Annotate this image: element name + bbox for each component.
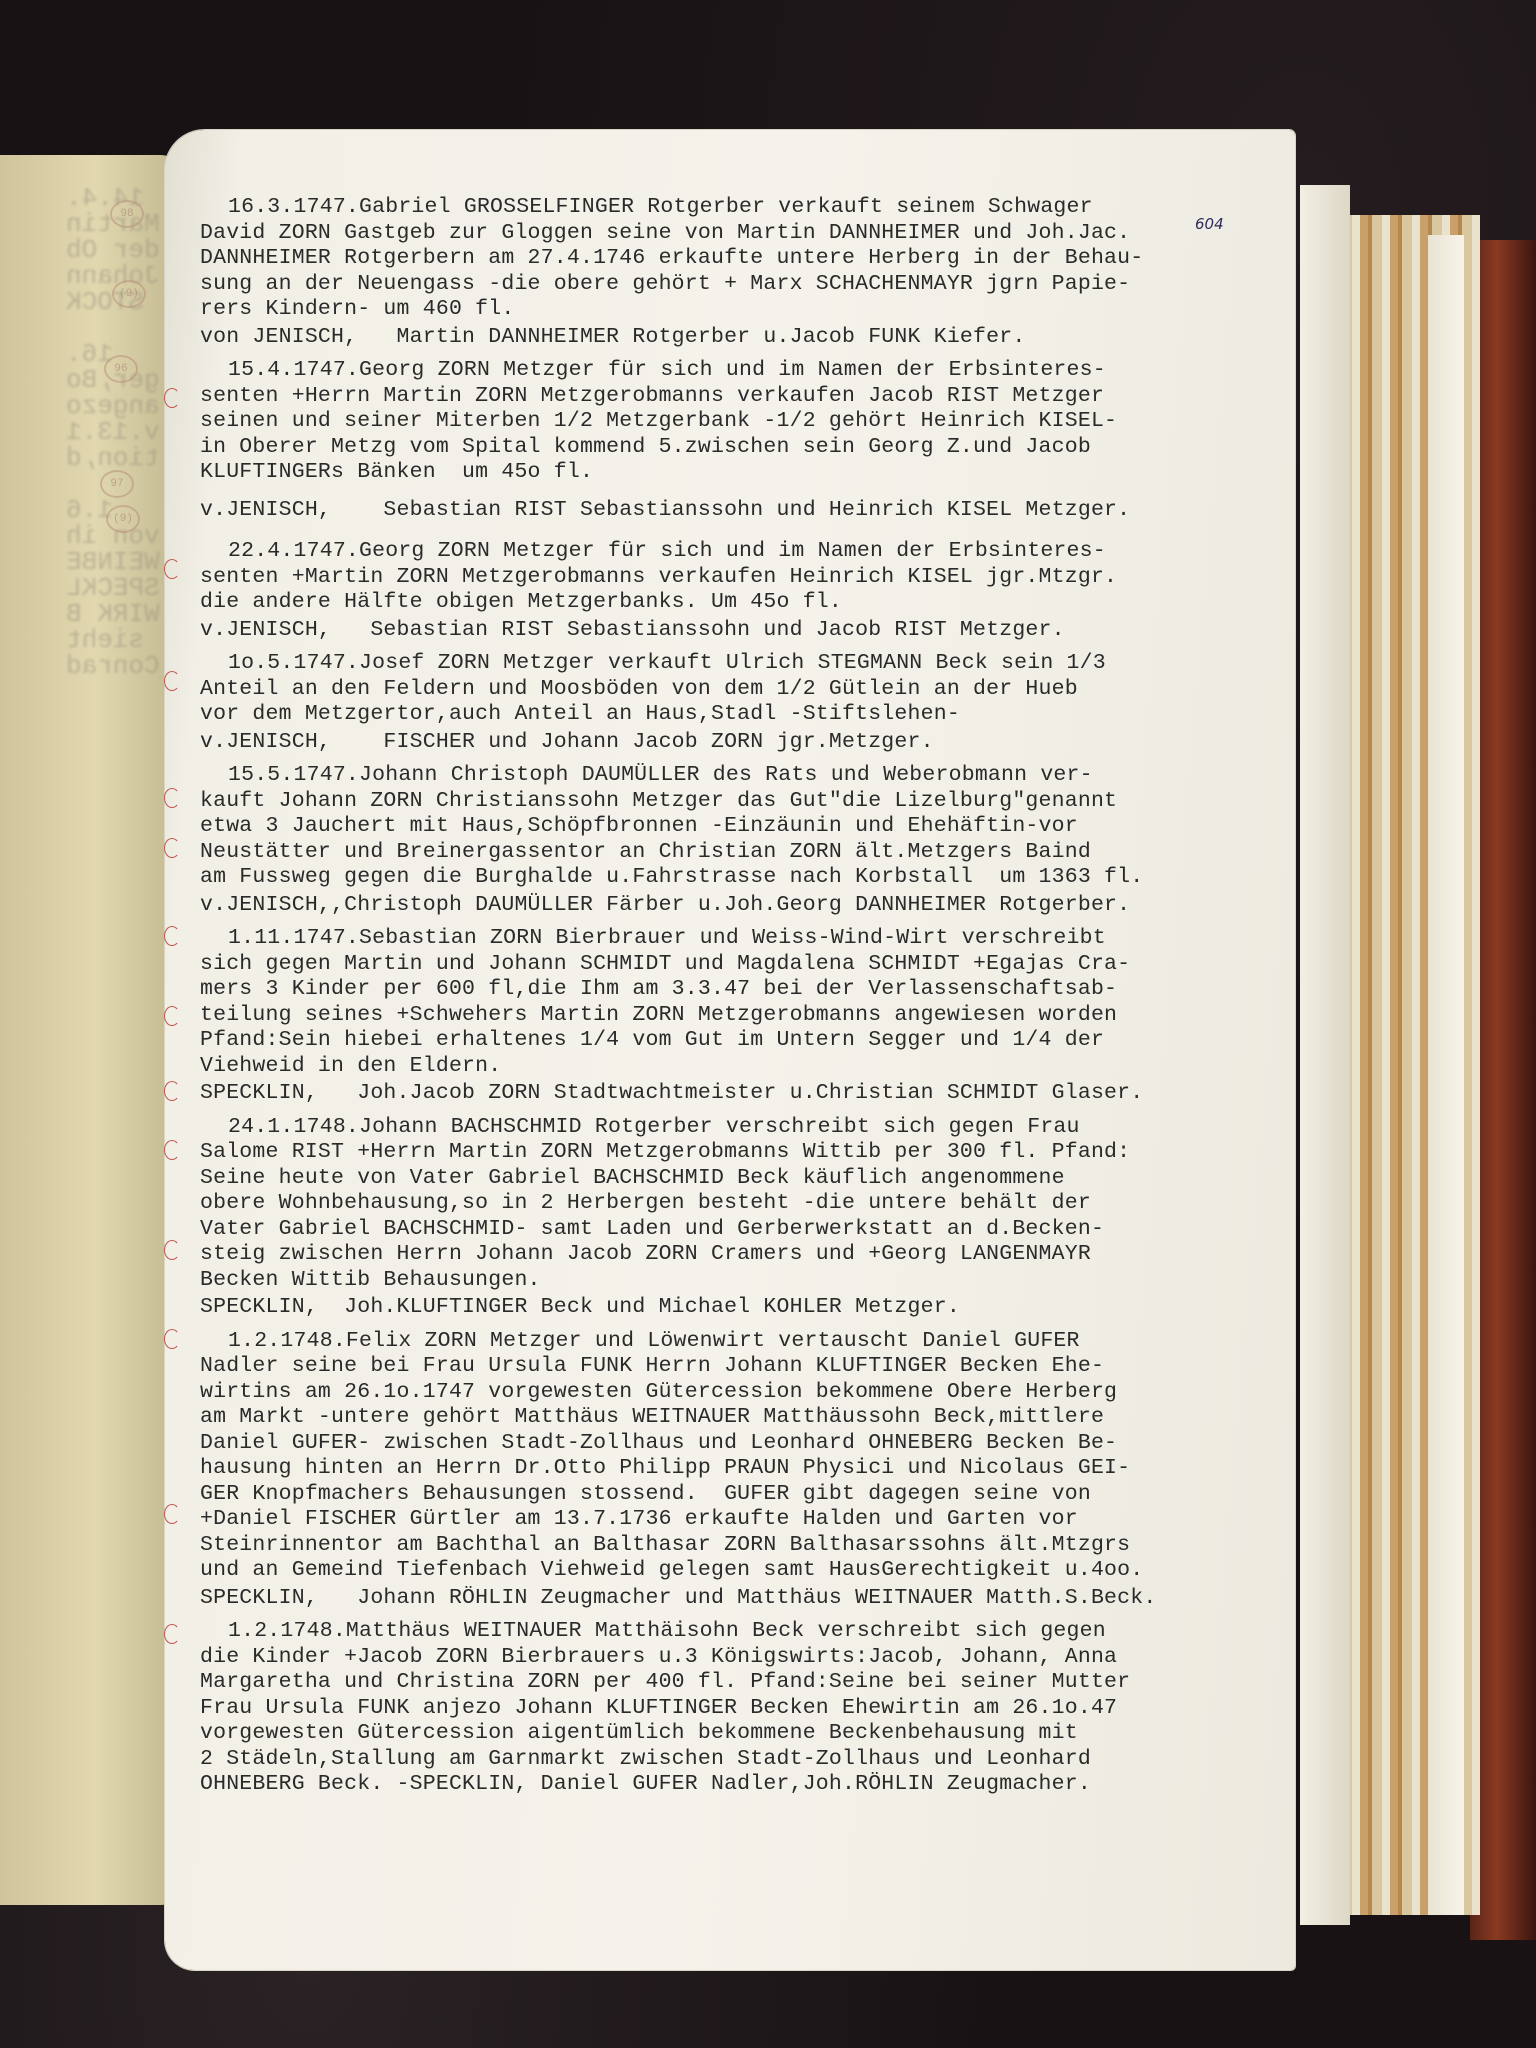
entry-line: OHNEBERG Beck. -SPECKLIN, Daniel GUFER N…	[200, 1772, 1280, 1798]
entry-line: Margaretha und Christina ZORN per 400 fl…	[200, 1670, 1280, 1696]
bleed-through-text: 14.4. Martin der Ob Johann STOCK 16. ger…	[66, 185, 160, 679]
entry-line: Anteil an den Feldern und Moosböden von …	[200, 677, 1280, 703]
margin-mark-icon	[164, 388, 180, 408]
entry-line: hausung hinten an Herrn Dr.Otto Philipp …	[200, 1456, 1280, 1482]
entry-line: Nadler seine bei Frau Ursula FUNK Herrn …	[200, 1354, 1280, 1380]
witness-line: v.JENISCH, FISCHER und Johann Jacob ZORN…	[200, 730, 1280, 756]
entry-line: senten +Martin ZORN Metzgerobmanns verka…	[200, 565, 1280, 591]
entry-line: senten +Herrn Martin ZORN Metzgerobmanns…	[200, 384, 1280, 410]
margin-mark-icon	[164, 838, 180, 858]
entry-line: etwa 3 Jauchert mit Haus,Schöpfbronnen -…	[200, 814, 1280, 840]
entry-line: GER Knopfmachers Behausungen stossend. G…	[200, 1482, 1280, 1508]
entry-line: seinen und seiner Miterben 1/2 Metzgerba…	[200, 409, 1280, 435]
entry-1748-02-01-a: 1.2.1748.Felix ZORN Metzger und Löwenwir…	[200, 1329, 1280, 1612]
margin-mark-icon	[164, 1624, 180, 1644]
entry-line: 16.3.1747.Gabriel GROSSELFINGER Rotgerbe…	[200, 195, 1280, 221]
entry-line: die andere Hälfte obigen Metzgerbanks. U…	[200, 590, 1280, 616]
entry-line: 1.2.1748.Matthäus WEITNAUER Matthäisohn …	[200, 1619, 1280, 1645]
entry-line: 15.4.1747.Georg ZORN Metzger für sich un…	[200, 358, 1280, 384]
margin-mark-icon: 96	[104, 355, 138, 383]
book-page-stack	[1300, 215, 1480, 1915]
entry-1747-05-10: 1o.5.1747.Josef ZORN Metzger verkauft Ul…	[200, 651, 1280, 755]
entry-line: 22.4.1747.Georg ZORN Metzger für sich un…	[200, 539, 1280, 565]
entry-line: vorgewesten Gütercession aigentümlich be…	[200, 1721, 1280, 1747]
entry-line: die Kinder +Jacob ZORN Bierbrauers u.3 K…	[200, 1645, 1280, 1671]
witness-line: v.JENISCH,,Christoph DAUMÜLLER Färber u.…	[200, 893, 1280, 919]
entry-1747-04-15: 15.4.1747.Georg ZORN Metzger für sich un…	[200, 358, 1280, 523]
entry-line: Frau Ursula FUNK anjezo Johann KLUFTINGE…	[200, 1696, 1280, 1722]
entry-line: Vater Gabriel BACHSCHMID- samt Laden und…	[200, 1217, 1280, 1243]
margin-mark-icon	[164, 1240, 180, 1260]
entry-line: 2 Städeln,Stallung am Garnmarkt zwischen…	[200, 1747, 1280, 1773]
entry-line: Becken Wittib Behausungen.	[200, 1268, 1280, 1294]
entry-line: 24.1.1748.Johann BACHSCHMID Rotgerber ve…	[200, 1115, 1280, 1141]
entry-line: rers Kindern- um 460 fl.	[200, 297, 1280, 323]
margin-mark-icon	[164, 1006, 180, 1026]
witness-line: v.JENISCH, Sebastian RIST Sebastianssohn…	[200, 618, 1280, 644]
witness-line: SPECKLIN, Joh.Jacob ZORN Stadtwachtmeist…	[200, 1081, 1280, 1107]
margin-mark-icon: 97	[100, 470, 134, 498]
entry-line: +Daniel FISCHER Gürtler am 13.7.1736 erk…	[200, 1507, 1280, 1533]
entry-line: und an Gemeind Tiefenbach Viehweid geleg…	[200, 1558, 1280, 1584]
entry-1747-11-01: 1.11.1747.Sebastian ZORN Bierbrauer und …	[200, 926, 1280, 1107]
page-edge	[1428, 235, 1464, 1915]
entry-line: 1o.5.1747.Josef ZORN Metzger verkauft Ul…	[200, 651, 1280, 677]
entry-line: in Oberer Metzg vom Spital kommend 5.zwi…	[200, 435, 1280, 461]
entry-line: Steinrinnentor am Bachthal an Balthasar …	[200, 1533, 1280, 1559]
entry-line: 1.11.1747.Sebastian ZORN Bierbrauer und …	[200, 926, 1280, 952]
entry-line: am Fussweg gegen die Burghalde u.Fahrstr…	[200, 865, 1280, 891]
margin-mark-icon	[164, 671, 180, 691]
facing-left-page: 14.4. Martin der Ob Johann STOCK 16. ger…	[0, 155, 190, 1905]
entry-line: kauft Johann ZORN Christianssohn Metzger…	[200, 789, 1280, 815]
witness-line: SPECKLIN, Johann RÖHLIN Zeugmacher und M…	[200, 1586, 1280, 1612]
entry-line: am Markt -untere gehört Matthäus WEITNAU…	[200, 1405, 1280, 1431]
entry-line: wirtins am 26.1o.1747 vorgewesten Güterc…	[200, 1380, 1280, 1406]
entry-line: obere Wohnbehausung,so in 2 Herbergen be…	[200, 1191, 1280, 1217]
register-entries: 16.3.1747.Gabriel GROSSELFINGER Rotgerbe…	[200, 195, 1280, 1806]
entry-line: Pfand:Sein hiebei erhaltenes 1/4 vom Gut…	[200, 1028, 1280, 1054]
entry-1747-05-15: 15.5.1747.Johann Christoph DAUMÜLLER des…	[200, 763, 1280, 918]
entry-1748-02-01-b: 1.2.1748.Matthäus WEITNAUER Matthäisohn …	[200, 1619, 1280, 1798]
witness-line: von JENISCH, Martin DANNHEIMER Rotgerber…	[200, 325, 1280, 351]
entry-line: Viehweid in den Eldern.	[200, 1054, 1280, 1080]
entry-line: mers 3 Kinder per 600 fl,die Ihm am 3.3.…	[200, 977, 1280, 1003]
entry-line: teilung seines +Schwehers Martin ZORN Me…	[200, 1003, 1280, 1029]
margin-mark-icon	[164, 1081, 180, 1101]
margin-mark-icon: 98	[110, 200, 144, 228]
page-edge	[1300, 185, 1350, 1925]
entry-line: Seine heute von Vater Gabriel BACHSCHMID…	[200, 1166, 1280, 1192]
entry-line: 1.2.1748.Felix ZORN Metzger und Löwenwir…	[200, 1329, 1280, 1355]
entry-1747-03-16: 16.3.1747.Gabriel GROSSELFINGER Rotgerbe…	[200, 195, 1280, 350]
entry-1747-04-22: 22.4.1747.Georg ZORN Metzger für sich un…	[200, 539, 1280, 643]
entry-line: KLUFTINGERs Bänken um 45o fl.	[200, 460, 1280, 486]
margin-mark-icon: (9)	[106, 505, 140, 533]
entry-line: Neustätter und Breinergassentor an Chris…	[200, 840, 1280, 866]
entry-1748-01-24: 24.1.1748.Johann BACHSCHMID Rotgerber ve…	[200, 1115, 1280, 1321]
margin-mark-icon	[164, 788, 180, 808]
witness-line: SPECKLIN, Joh.KLUFTINGER Beck und Michae…	[200, 1295, 1280, 1321]
entry-line: vor dem Metzgertor,auch Anteil an Haus,S…	[200, 702, 1280, 728]
entry-line: David ZORN Gastgeb zur Gloggen seine von…	[200, 221, 1280, 247]
margin-mark-icon	[164, 926, 180, 946]
entry-line: Daniel GUFER- zwischen Stadt-Zollhaus un…	[200, 1431, 1280, 1457]
entry-line: steig zwischen Herrn Johann Jacob ZORN C…	[200, 1242, 1280, 1268]
entry-line: DANNHEIMER Rotgerbern am 27.4.1746 erkau…	[200, 246, 1280, 272]
margin-mark-icon	[164, 1504, 180, 1524]
entry-line: 15.5.1747.Johann Christoph DAUMÜLLER des…	[200, 763, 1280, 789]
margin-mark-icon	[164, 1140, 180, 1160]
witness-line: v.JENISCH, Sebastian RIST Sebastianssohn…	[200, 498, 1280, 524]
margin-mark-icon	[164, 559, 180, 579]
entry-line: sung an der Neuengass -die obere gehört …	[200, 272, 1280, 298]
entry-line: Salome RIST +Herrn Martin ZORN Metzgerob…	[200, 1140, 1280, 1166]
entry-line: sich gegen Martin und Johann SCHMIDT und…	[200, 952, 1280, 978]
margin-mark-icon	[164, 1329, 180, 1349]
margin-mark-icon: (9)	[112, 280, 146, 308]
